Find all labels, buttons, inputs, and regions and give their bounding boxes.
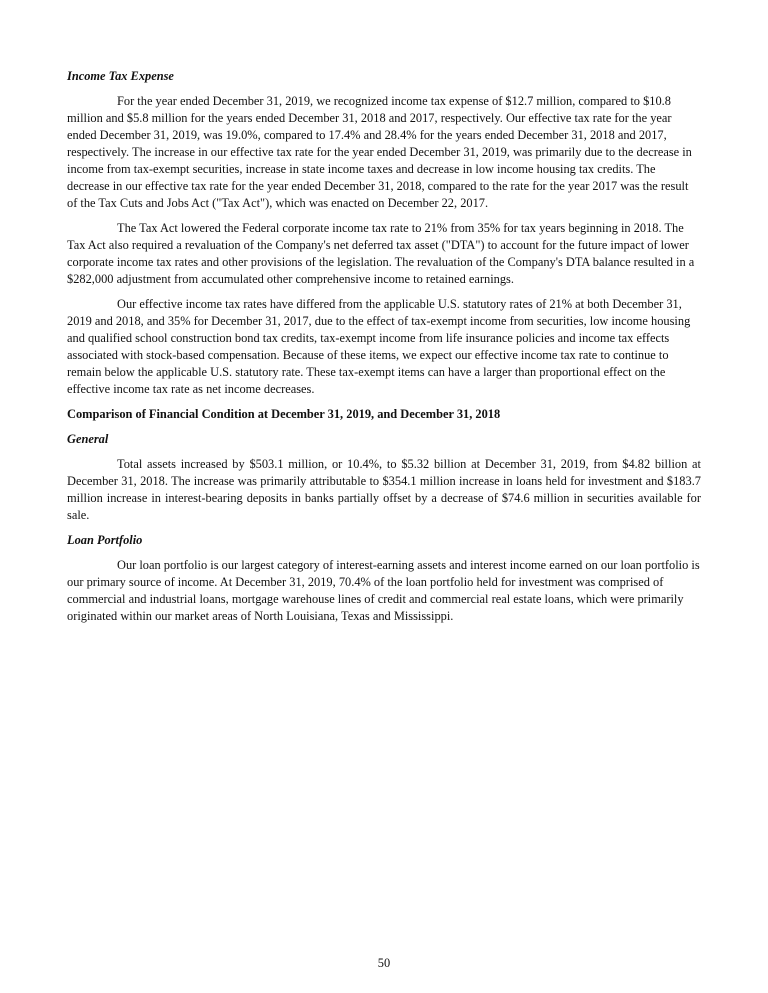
heading-comparison-financial-condition: Comparison of Financial Condition at Dec… <box>67 406 701 423</box>
paragraph-loan-portfolio: Our loan portfolio is our largest catego… <box>67 557 701 625</box>
paragraph-total-assets: Total assets increased by $503.1 million… <box>67 456 701 524</box>
heading-income-tax-expense: Income Tax Expense <box>67 68 701 85</box>
paragraph-effective-tax-rates: Our effective income tax rates have diff… <box>67 296 701 398</box>
heading-general: General <box>67 431 701 448</box>
heading-loan-portfolio: Loan Portfolio <box>67 532 701 549</box>
paragraph-tax-act: The Tax Act lowered the Federal corporat… <box>67 220 701 288</box>
document-page: Income Tax Expense For the year ended De… <box>67 68 701 633</box>
page-number: 50 <box>0 956 768 971</box>
paragraph-income-tax-expense: For the year ended December 31, 2019, we… <box>67 93 701 212</box>
